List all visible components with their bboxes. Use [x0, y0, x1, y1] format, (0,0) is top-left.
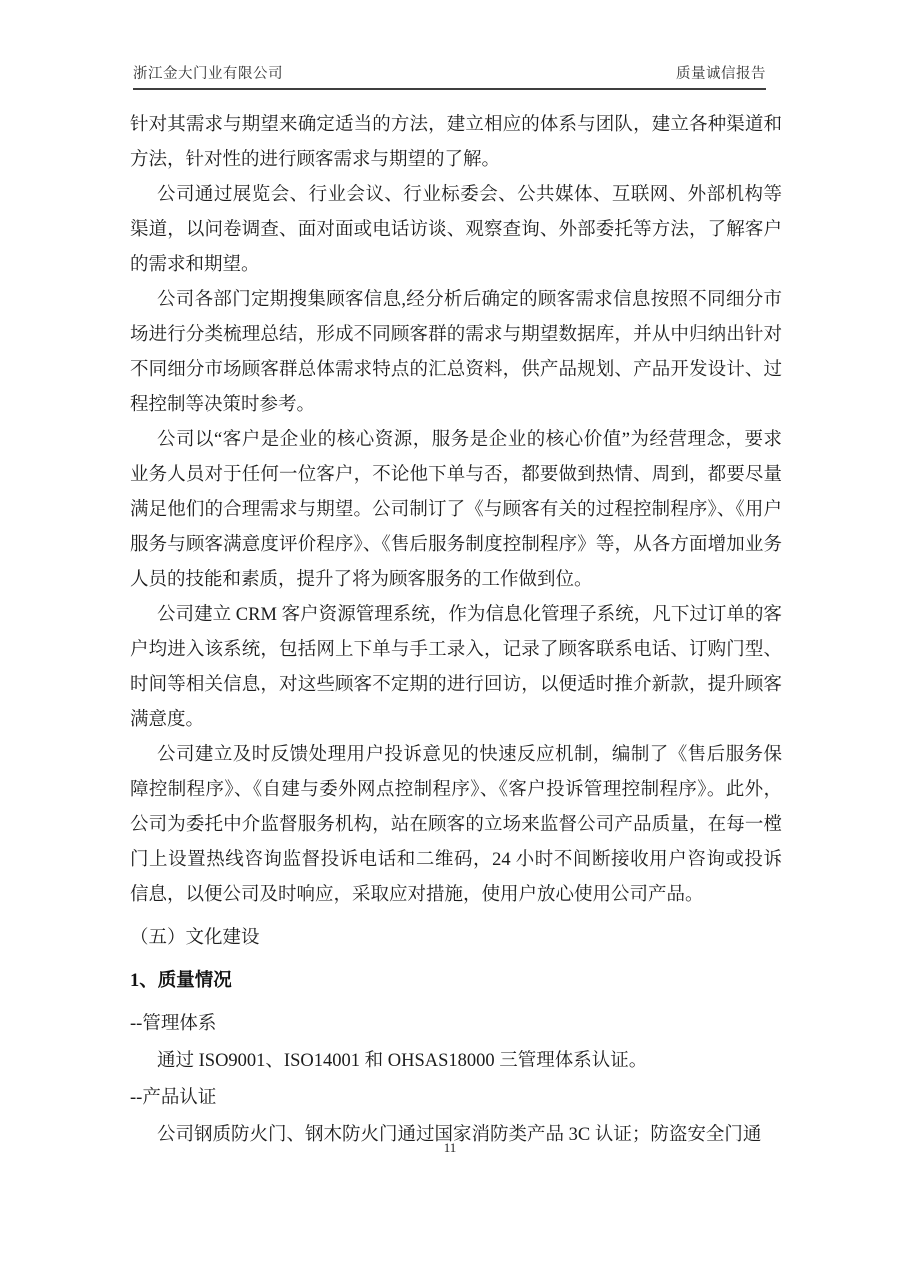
header-report-title: 质量诚信报告 [676, 62, 766, 83]
body-paragraph: 通过 ISO9001、ISO14001 和 OHSAS18000 三管理体系认证… [130, 1044, 782, 1079]
body-paragraph: 公司各部门定期搜集顾客信息,经分析后确定的顾客需求信息按照不同细分市场进行分类梳… [130, 283, 782, 423]
body-paragraph: 公司以“客户是企业的核心资源，服务是企业的核心价值”为经营理念，要求业务人员对于… [130, 423, 782, 598]
page-header: 浙江金大门业有限公司 质量诚信报告 [133, 62, 766, 90]
section-label-culture: （五）文化建设 [130, 921, 782, 956]
page-number: 11 [444, 1140, 457, 1155]
body-paragraph: 公司建立及时反馈处理用户投诉意见的快速反应机制，编制了《售后服务保障控制程序》、… [130, 738, 782, 913]
header-company-name: 浙江金大门业有限公司 [133, 62, 283, 83]
body-paragraph: 公司通过展览会、行业会议、行业标委会、公共媒体、互联网、外部机构等渠道，以问卷调… [130, 178, 782, 283]
document-body: 针对其需求与期望来确定适当的方法，建立相应的体系与团队，建立各种渠道和方法，针对… [130, 108, 782, 1153]
subsection-label-product-certification: --产品认证 [130, 1081, 782, 1116]
section-heading-quality: 1、质量情况 [130, 964, 782, 999]
body-paragraph: 公司建立 CRM 客户资源管理系统，作为信息化管理子系统，凡下过订单的客户均进入… [130, 598, 782, 738]
subsection-label-management-system: --管理体系 [130, 1007, 782, 1042]
body-paragraph-continued: 针对其需求与期望来确定适当的方法，建立相应的体系与团队，建立各种渠道和方法，针对… [130, 108, 782, 178]
page-footer: 11 [0, 1140, 900, 1156]
document-page: 浙江金大门业有限公司 质量诚信报告 针对其需求与期望来确定适当的方法，建立相应的… [0, 0, 900, 1272]
